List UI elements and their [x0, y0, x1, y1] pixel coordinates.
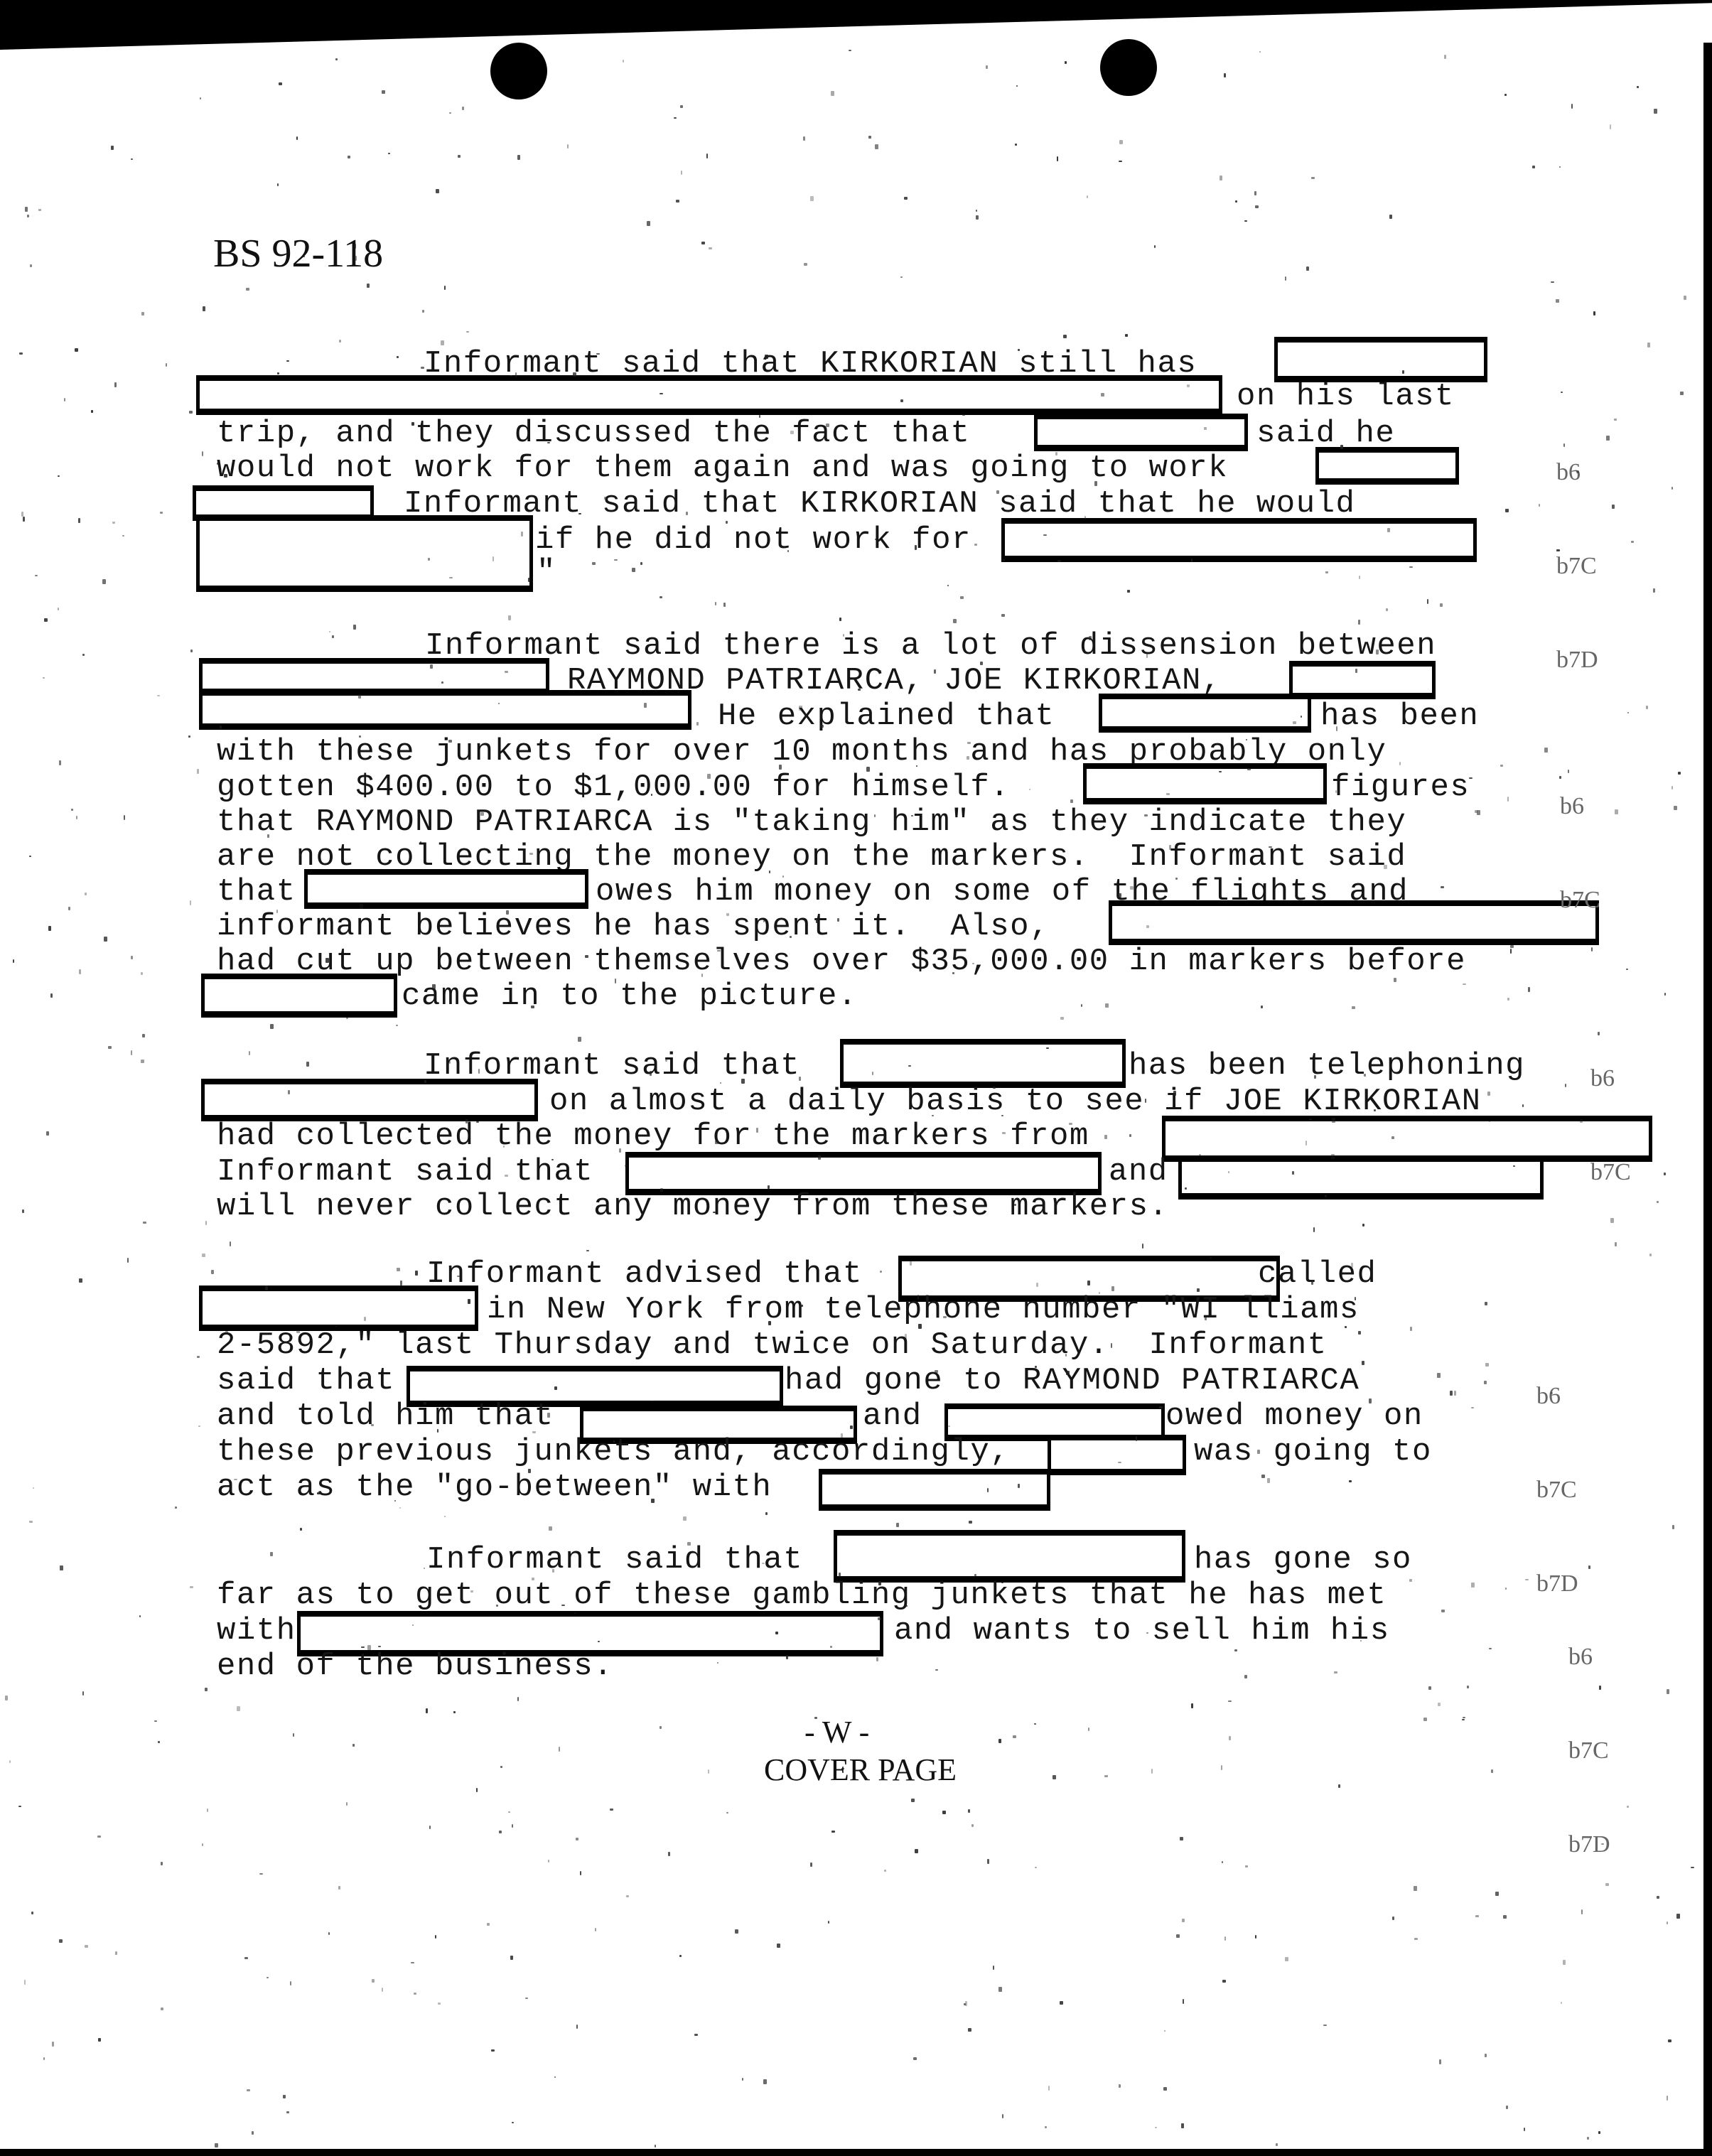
scan-speck	[935, 1669, 938, 1671]
scan-speck	[476, 1788, 478, 1792]
scan-speck	[1234, 1649, 1237, 1651]
text-line: said that	[217, 1363, 395, 1398]
scan-speck	[1469, 777, 1473, 779]
scan-speck	[448, 740, 452, 743]
scan-speck	[1334, 1671, 1337, 1673]
scan-speck	[1505, 1588, 1507, 1590]
scan-speck	[1104, 1135, 1107, 1139]
scan-speck	[515, 372, 517, 377]
scan-speck	[1581, 1909, 1583, 1914]
scan-speck	[1587, 2137, 1589, 2140]
scan-speck	[122, 535, 124, 537]
scan-speck	[735, 1929, 738, 1934]
scan-speck	[224, 474, 227, 478]
scan-speck	[1551, 281, 1554, 283]
scan-speck	[917, 1295, 919, 1300]
scan-speck	[1097, 818, 1098, 819]
scan-speck	[52, 2042, 54, 2047]
scan-speck	[980, 662, 983, 665]
scan-speck	[124, 815, 125, 820]
scan-speck	[225, 1331, 228, 1334]
scan-speck	[510, 1956, 513, 1960]
scan-speck	[468, 1299, 470, 1304]
scan-speck	[1561, 2002, 1562, 2004]
scan-speck	[769, 871, 770, 873]
scan-speck	[203, 306, 205, 311]
scan-speck	[756, 1128, 758, 1133]
scan-speck	[1018, 1484, 1020, 1488]
scan-speck	[1349, 1480, 1352, 1482]
scan-speck	[270, 1552, 273, 1556]
scan-speck	[872, 1072, 873, 1075]
scan-speck	[1045, 2126, 1047, 2128]
scan-speck	[111, 146, 114, 150]
scan-speck	[880, 1271, 882, 1273]
scan-speck	[1637, 86, 1639, 88]
scan-speck	[1362, 1224, 1364, 1227]
scan-speck	[580, 1871, 581, 1875]
scan-speck	[252, 2131, 254, 2135]
scan-speck	[205, 1221, 207, 1225]
scan-speck	[1035, 1867, 1037, 1868]
scan-speck	[1657, 1201, 1659, 1203]
redaction-box	[199, 690, 691, 730]
scan-speck	[71, 809, 73, 811]
scan-speck	[230, 1241, 231, 1246]
scan-speck	[1463, 1717, 1465, 1718]
scan-speck	[651, 794, 652, 796]
scan-speck	[360, 904, 363, 909]
scan-speck	[1311, 177, 1315, 179]
scan-speck	[1259, 51, 1261, 53]
scan-speck	[707, 774, 711, 779]
redaction-box	[199, 1285, 478, 1331]
scan-speck	[816, 919, 818, 923]
text-line: informant believes he has spent it. Also…	[217, 909, 1050, 944]
redaction-box	[819, 1469, 1050, 1511]
scan-speck	[884, 1870, 886, 1872]
scan-speck	[189, 411, 193, 414]
scan-speck	[595, 1928, 596, 1931]
scan-speck	[1060, 1017, 1064, 1020]
scan-speck	[1414, 1938, 1418, 1940]
exemption-code: b7C	[1560, 885, 1600, 916]
scan-speck	[1069, 1123, 1072, 1125]
scan-speck	[1087, 1281, 1090, 1285]
scan-speck	[1130, 886, 1134, 890]
scan-speck	[1013, 1735, 1016, 1738]
scan-speck	[905, 1334, 907, 1339]
scan-speck	[98, 2038, 101, 2042]
scan-speck	[532, 1431, 536, 1433]
scan-speck	[706, 153, 708, 158]
scan-speck	[357, 1173, 360, 1175]
scan-speck	[359, 735, 361, 738]
redaction-box	[1162, 1116, 1652, 1162]
scan-speck	[1224, 1936, 1226, 1941]
scan-speck	[512, 1824, 513, 1828]
exemption-code: b7C	[1590, 1157, 1631, 1188]
text-line: has been telephoning	[1129, 1048, 1525, 1084]
scan-speck	[1048, 2086, 1050, 2091]
scan-speck	[1565, 1084, 1566, 1087]
scan-speck	[1332, 1118, 1335, 1123]
scan-speck	[775, 1632, 778, 1634]
scan-speck	[554, 1386, 557, 1390]
scan-speck	[1654, 109, 1657, 114]
scan-speck	[437, 1429, 438, 1433]
scan-speck	[613, 1440, 615, 1443]
scan-speck	[1355, 669, 1357, 673]
text-line: on almost a daily basis to see if JOE KI…	[549, 1084, 1482, 1119]
scan-speck	[1598, 1032, 1600, 1035]
text-line: figures	[1331, 770, 1470, 805]
scan-speck	[394, 1500, 396, 1502]
scan-speck	[598, 1641, 600, 1642]
scan-speck	[157, 695, 160, 696]
scan-speck	[438, 2003, 441, 2005]
scan-speck	[355, 256, 357, 261]
scan-speck	[426, 1708, 428, 1713]
scan-speck	[38, 209, 41, 211]
redaction-box	[196, 515, 533, 592]
exemption-code: b6	[1590, 1063, 1631, 1094]
scan-speck	[293, 1733, 294, 1737]
scan-speck	[1653, 588, 1655, 593]
scan-speck	[1191, 559, 1193, 562]
scan-speck	[480, 812, 484, 816]
exemption-code: b7C	[1536, 1475, 1578, 1506]
scan-speck	[574, 1612, 576, 1614]
scan-speck	[614, 559, 618, 561]
scan-speck	[1676, 1914, 1680, 1919]
scan-speck	[1183, 1999, 1184, 2004]
scan-speck	[44, 618, 48, 622]
scan-speck	[1678, 772, 1681, 775]
scan-speck	[1127, 590, 1130, 593]
scan-speck	[623, 60, 624, 63]
scan-speck	[687, 1542, 691, 1546]
scan-speck	[655, 2145, 656, 2147]
scan-speck	[1392, 1917, 1394, 1920]
scan-speck	[115, 1951, 117, 1955]
scan-speck	[1238, 1422, 1241, 1424]
scan-speck	[998, 1987, 1002, 1992]
scan-speck	[768, 1321, 771, 1325]
scan-speck	[112, 522, 115, 524]
exemption-code-group: b6 b7C	[1560, 728, 1600, 979]
text-line: with	[217, 1613, 296, 1649]
scan-speck	[142, 1034, 145, 1037]
scan-speck	[1261, 1475, 1265, 1478]
scan-speck	[108, 1046, 112, 1049]
scanned-document-page: BS 92-118 Informant said that KIRKORIAN …	[0, 0, 1712, 2156]
scan-speck	[968, 2028, 971, 2032]
scan-speck	[277, 372, 279, 374]
scan-speck	[1591, 947, 1593, 952]
scan-speck	[1119, 2084, 1121, 2088]
scan-speck	[492, 556, 494, 561]
scan-speck	[281, 888, 283, 891]
scan-speck	[1314, 1075, 1316, 1079]
scan-speck	[420, 841, 421, 843]
scan-speck	[353, 625, 356, 630]
scan-speck	[1255, 1935, 1256, 1939]
scan-speck	[1055, 452, 1057, 456]
scan-speck	[632, 568, 635, 572]
scan-speck	[457, 1276, 460, 1277]
scan-speck	[1360, 1640, 1362, 1642]
scan-speck	[143, 1222, 146, 1224]
scan-speck	[465, 1119, 468, 1123]
scan-speck	[1308, 1452, 1310, 1456]
scan-speck	[1507, 998, 1509, 1001]
scan-speck	[715, 602, 716, 605]
scan-speck	[79, 969, 81, 974]
scan-speck	[462, 107, 464, 110]
scan-speck	[276, 910, 278, 913]
scan-speck	[290, 1981, 291, 1985]
text-line: and	[863, 1398, 922, 1434]
scan-speck	[500, 1766, 502, 1768]
scan-speck	[1369, 1398, 1372, 1403]
scan-speck	[532, 1578, 534, 1580]
scan-speck	[1285, 276, 1286, 281]
scan-speck	[676, 200, 679, 203]
scan-speck	[1495, 1892, 1499, 1896]
scan-speck	[544, 742, 547, 743]
scan-speck	[1224, 73, 1226, 77]
scan-speck	[1510, 949, 1512, 954]
scan-speck	[1467, 1686, 1469, 1688]
scan-speck	[717, 1662, 718, 1664]
scan-speck	[1305, 1625, 1306, 1627]
scan-speck	[1057, 156, 1058, 161]
scan-speck	[1571, 104, 1573, 109]
scan-speck	[904, 197, 908, 200]
scan-speck	[1510, 945, 1514, 948]
scan-speck	[1119, 161, 1122, 162]
scan-speck	[911, 815, 913, 816]
scan-speck	[1089, 636, 1092, 640]
scan-speck	[521, 532, 523, 537]
scan-speck	[1228, 1171, 1229, 1173]
scan-speck	[913, 2057, 917, 2060]
scan-speck	[1657, 1896, 1659, 1899]
scan-speck	[1563, 443, 1565, 447]
scan-speck	[549, 1526, 552, 1531]
scan-speck	[18, 1806, 21, 1807]
scan-speck	[1610, 124, 1611, 129]
scan-speck	[1387, 528, 1390, 532]
scan-speck	[567, 144, 569, 149]
scan-speck	[1463, 983, 1466, 985]
scan-speck	[158, 1741, 160, 1743]
scan-speck	[1664, 993, 1666, 996]
scan-speck	[1057, 560, 1061, 562]
scan-speck	[1500, 765, 1503, 767]
redaction-box	[1315, 447, 1459, 485]
scan-speck	[1293, 721, 1296, 724]
scan-speck	[444, 1516, 446, 1517]
scan-speck	[948, 1425, 950, 1427]
scan-speck	[102, 579, 106, 584]
scan-speck	[24, 1980, 26, 1985]
text-line: end of the business.	[217, 1649, 613, 1684]
scan-speck	[782, 875, 784, 878]
scan-bottom-edge	[0, 2149, 1712, 2156]
scan-speck	[78, 518, 80, 523]
scan-speck	[996, 490, 999, 494]
scan-speck	[1335, 790, 1337, 793]
scan-speck	[382, 1988, 383, 1992]
scan-speck	[1105, 1003, 1109, 1008]
scan-speck	[660, 596, 662, 598]
scan-speck	[1376, 650, 1379, 654]
scan-speck	[525, 1998, 528, 1999]
scan-speck	[908, 1065, 911, 1067]
scan-speck	[910, 1261, 912, 1266]
redaction-box	[1034, 414, 1248, 451]
scan-speck	[444, 286, 446, 290]
scan-speck	[1489, 1121, 1490, 1122]
scan-speck	[1118, 1462, 1121, 1463]
scan-speck	[1580, 1119, 1583, 1123]
scan-speck	[399, 1507, 401, 1509]
redaction-box	[304, 869, 588, 909]
scan-speck	[491, 2049, 495, 2052]
scan-speck	[332, 635, 334, 638]
scan-speck	[962, 414, 965, 416]
scan-speck	[660, 393, 663, 394]
redaction-box	[201, 1079, 538, 1121]
scan-speck	[1462, 1719, 1465, 1720]
text-line: had cut up between themselves over $35,0…	[217, 944, 1466, 979]
scan-speck	[696, 722, 699, 726]
scan-speck	[361, 1646, 365, 1648]
scan-speck	[217, 463, 218, 465]
scan-speck	[993, 1087, 996, 1089]
text-line: that	[217, 874, 296, 910]
scan-speck	[1210, 1256, 1212, 1259]
scan-speck	[878, 1617, 881, 1620]
scan-speck	[1340, 445, 1343, 449]
scan-speck	[1391, 1136, 1394, 1139]
scan-speck	[915, 1849, 918, 1853]
redaction-box	[1001, 518, 1477, 562]
scan-speck	[348, 156, 350, 158]
scan-speck	[987, 1859, 989, 1864]
scan-speck	[1084, 516, 1086, 519]
scan-speck	[875, 144, 878, 149]
scan-speck	[843, 634, 844, 637]
scan-speck	[58, 475, 60, 477]
scan-speck	[814, 1717, 817, 1719]
scan-speck	[1576, 470, 1579, 473]
scan-speck	[1386, 608, 1388, 611]
text-line: came in to the picture.	[402, 979, 858, 1014]
scan-speck	[1269, 846, 1272, 848]
scan-speck	[858, 689, 861, 691]
scan-speck	[1063, 335, 1067, 338]
scan-speck	[1680, 392, 1684, 395]
scan-speck	[552, 1569, 554, 1573]
scan-speck	[35, 575, 38, 576]
scan-speck	[934, 669, 936, 674]
scan-speck	[512, 2122, 514, 2123]
scan-speck	[1439, 2059, 1441, 2064]
scan-speck	[175, 1506, 177, 1509]
scan-speck	[29, 1521, 33, 1523]
scan-speck	[1221, 1765, 1222, 1770]
scan-speck	[1441, 1610, 1445, 1612]
scan-speck	[1101, 393, 1104, 397]
scan-speck	[211, 1270, 214, 1274]
scan-speck	[1094, 481, 1097, 486]
scan-speck	[998, 1739, 1001, 1743]
scan-speck	[586, 1250, 589, 1251]
scan-speck	[59, 1939, 63, 1943]
scan-speck	[1246, 739, 1247, 740]
scan-speck	[1524, 2128, 1525, 2131]
scan-speck	[19, 352, 23, 355]
scan-speck	[200, 97, 201, 99]
scan-speck	[799, 1077, 801, 1081]
scan-speck	[1257, 1450, 1260, 1454]
scan-speck	[190, 1586, 193, 1588]
scan-speck	[1199, 1154, 1201, 1155]
scan-speck	[478, 1069, 480, 1074]
scan-speck	[1556, 549, 1560, 551]
exemption-code: b7C	[1568, 1735, 1610, 1767]
scan-speck	[1674, 806, 1677, 810]
scan-speck	[1599, 1686, 1601, 1690]
scan-speck	[367, 1645, 371, 1650]
scan-speck	[141, 312, 144, 316]
scan-speck	[1671, 487, 1673, 490]
scan-speck	[1615, 809, 1618, 814]
scan-speck	[1002, 2114, 1003, 2118]
scan-speck	[5, 1696, 8, 1700]
scan-speck	[592, 562, 596, 565]
scan-speck	[1146, 1632, 1148, 1634]
scan-speck	[1305, 1141, 1307, 1146]
scan-speck	[626, 1895, 629, 1897]
scan-speck	[202, 1254, 205, 1257]
scan-speck	[878, 1581, 881, 1585]
scan-speck	[1292, 1171, 1294, 1175]
scan-speck	[288, 1090, 290, 1094]
scan-speck	[82, 1691, 84, 1696]
scan-speck	[265, 1285, 268, 1290]
scan-speck	[202, 1843, 203, 1846]
scan-speck	[355, 244, 356, 249]
scan-speck	[1528, 987, 1530, 992]
scan-speck	[1146, 654, 1148, 658]
exemption-code-group: b6 b7C b7D	[1568, 1579, 1610, 1923]
text-line: and wants to sell him his	[894, 1613, 1390, 1649]
scan-speck	[1414, 1886, 1417, 1891]
scan-speck	[127, 1258, 129, 1263]
scan-speck	[651, 1499, 655, 1503]
scan-speck	[1672, 1525, 1674, 1529]
scan-speck	[498, 703, 500, 704]
scan-speck	[335, 58, 338, 60]
scan-speck	[13, 959, 14, 963]
scan-speck	[303, 256, 305, 257]
scan-speck	[1336, 726, 1337, 731]
text-line: in New York from telephone number "WI ll…	[487, 1292, 1360, 1327]
